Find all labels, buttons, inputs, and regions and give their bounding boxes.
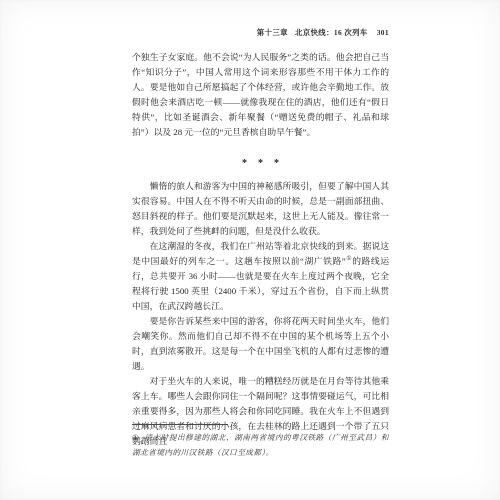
body-text-block: 个独生子女家庭。他不会说“为人民服务”之类的话。他会把自己当作“知识分子”，中国… (132, 50, 389, 449)
body-paragraph-1: 个独生子女家庭。他不会说“为人民服务”之类的话。他会把自己当作“知识分子”，中国… (132, 50, 389, 140)
chapter-title: 北京快线：16 次列车 (295, 28, 368, 37)
body-paragraph-4: 要是你告诉某些来中国的游客，你将花两天时间坐火车，他们会嘲笑你。然而他们自己却不… (132, 314, 389, 374)
footnote-text: 清末时提出修建的湖北、湖南两省境内的粤汉铁路（广州至武昌）和湖北省境内的川汉铁路… (132, 433, 389, 457)
body-paragraph-2: 懒惰的旅人和游客为中国的神秘感所吸引，但要了解中国人其实很容易。中国人在不得不听… (132, 179, 389, 239)
chapter-label: 第十三章 (257, 28, 288, 37)
footnote-divider-rule (132, 424, 228, 425)
footnote-text-line: ①清末时提出修建的湖北、湖南两省境内的粤汉铁路（广州至武昌）和湖北省境内的川汉铁… (132, 431, 389, 460)
body-paragraph-3: 在这潮湿的冬夜，我们在广州站等着北京快线的到来。据说这是中国最好的列车之一。这趟… (132, 239, 389, 314)
book-page: 第十三章北京快线：16 次列车301 个独生子女家庭。他不会说“为人民服务”之类… (0, 0, 500, 500)
page-header: 第十三章北京快线：16 次列车301 (132, 27, 389, 38)
paragraph-3-text-before: 在这潮湿的冬夜，我们在广州站等着北京快线的到来。据说这是中国最好的列车之一。这趟… (132, 241, 389, 266)
page-number: 301 (377, 28, 389, 37)
footnote-block: ①清末时提出修建的湖北、湖南两省境内的粤汉铁路（广州至武昌）和湖北省境内的川汉铁… (132, 424, 389, 460)
section-divider: *** (132, 156, 389, 171)
footnote-marker: ① (132, 433, 139, 442)
